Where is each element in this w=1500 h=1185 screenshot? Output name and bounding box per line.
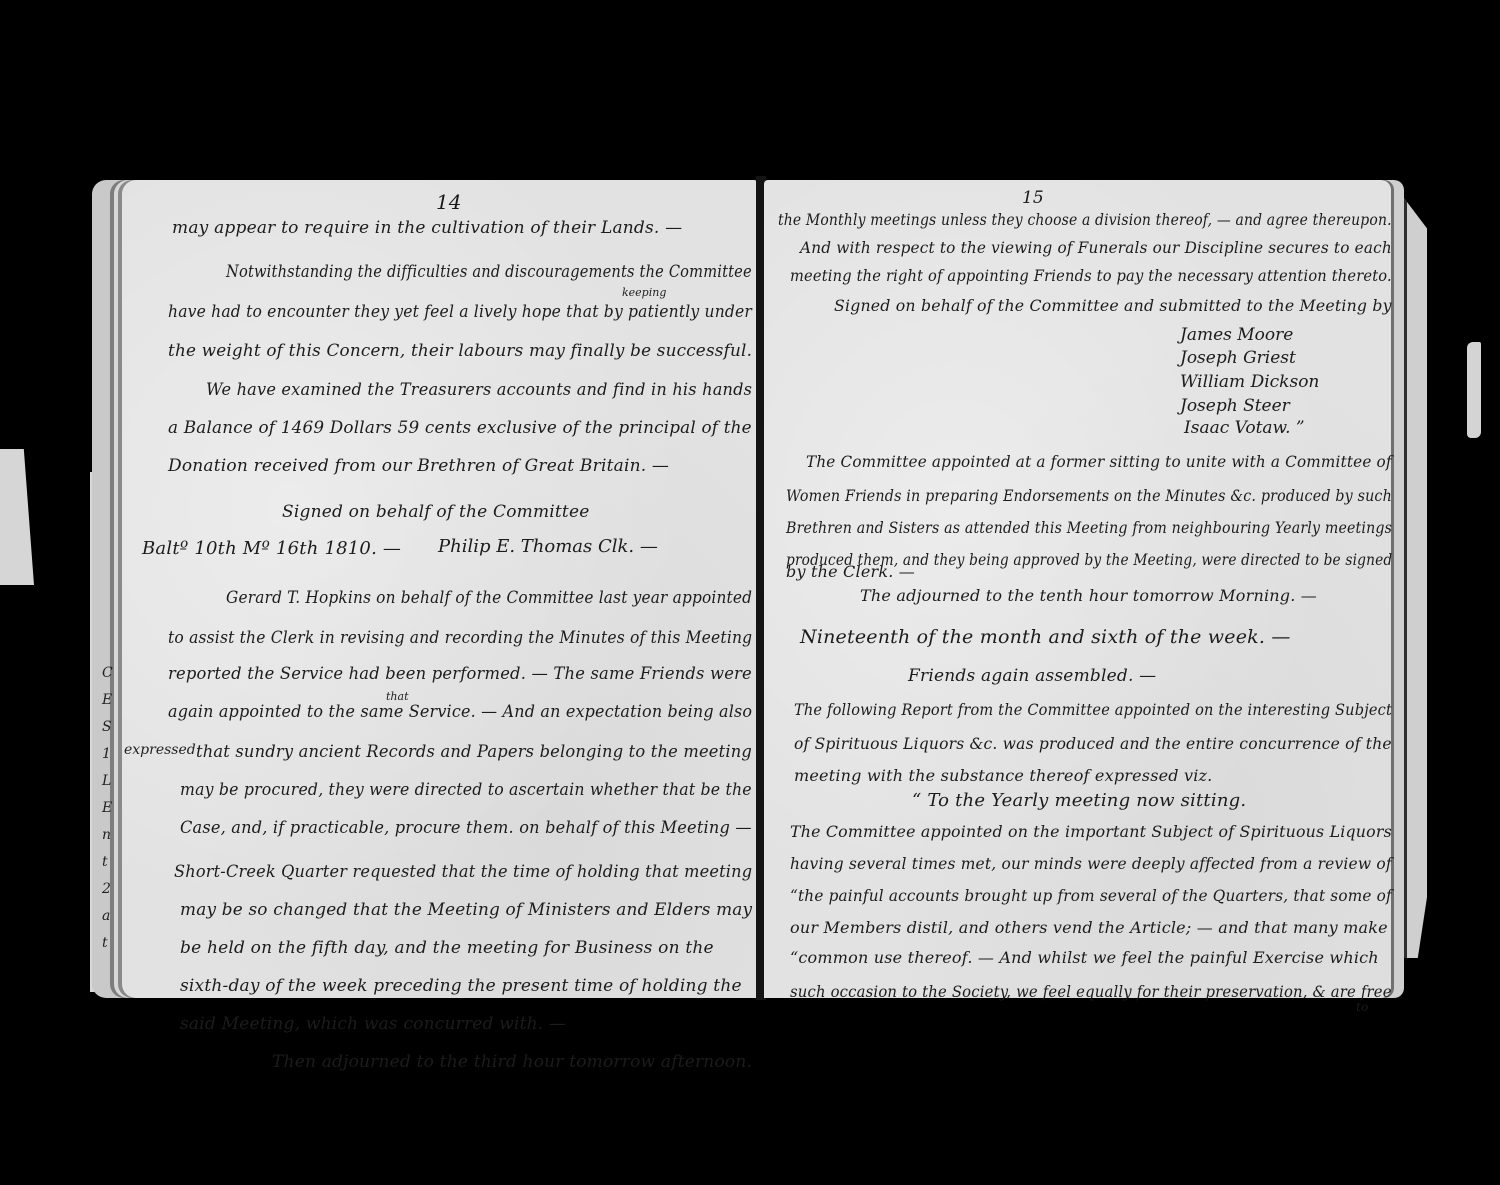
right-line-report: The following Report from the Committee …	[794, 700, 1392, 719]
signatory-william-dickson: William Dickson	[1180, 372, 1319, 392]
signatory-joseph-steer: Joseph Steer	[1180, 396, 1290, 416]
edge-char: t	[102, 930, 116, 957]
edge-char: 1	[102, 741, 116, 768]
left-line-7: Donation received from our Brethren of G…	[168, 456, 669, 476]
left-edge-margin-characters: C E S 1 L E n t 2 a t	[102, 660, 116, 957]
left-line-short-creek: Short-Creek Quarter requested that the t…	[174, 862, 752, 882]
right-signed-on-behalf: Signed on behalf of the Committee and su…	[834, 296, 1392, 315]
right-catchword: to	[1356, 1000, 1368, 1014]
left-line-19: may be so changed that the Meeting of Mi…	[180, 900, 752, 920]
edge-char: a	[102, 903, 116, 930]
right-page-edge-stack	[1404, 198, 1427, 958]
left-line-21: sixth-day of the week preceding the pres…	[180, 976, 742, 996]
left-line-4: the weight of this Concern, their labour…	[168, 341, 752, 361]
edge-char: 2	[102, 876, 116, 903]
right-line-3: meeting the right of appointing Friends …	[790, 266, 1392, 285]
left-line-1: may appear to require in the cultivation…	[172, 218, 682, 238]
left-line-14: again appointed to the same Service. — A…	[168, 702, 752, 722]
left-line-6-balance: a Balance of 1469 Dollars 59 cents exclu…	[168, 418, 752, 438]
left-line-5: We have examined the Treasurers accounts…	[206, 380, 752, 400]
left-line-3: have had to encounter they yet feel a li…	[168, 302, 752, 322]
right-line-1: the Monthly meetings unless they choose …	[778, 210, 1392, 229]
insertion-keeping: keeping	[622, 286, 666, 299]
right-line-21: “common use thereof. — And whilst we fee…	[790, 948, 1379, 967]
signatory-isaac-votaw: Isaac Votaw. ”	[1184, 418, 1305, 438]
left-line-22: said Meeting, which was concurred with. …	[180, 1014, 566, 1034]
left-line-hopkins: Gerard T. Hopkins on behalf of the Commi…	[226, 588, 752, 608]
left-line-17: Case, and, if practicable, procure them.…	[180, 818, 752, 838]
paper-scrap-left	[0, 449, 34, 585]
right-line-15: meeting with the substance thereof expre…	[794, 766, 1212, 785]
edge-char: E	[102, 687, 116, 714]
right-line-to-yearly-meeting: “ To the Yearly meeting now sitting.	[912, 790, 1246, 811]
margin-insertion-expressed: expressed	[124, 742, 196, 758]
edge-char: n	[102, 822, 116, 849]
left-clerk-signature: Philip E. Thomas Clk. —	[438, 536, 658, 557]
left-date-line: Baltº 10th Mº 16th 1810. —	[142, 538, 401, 559]
left-line-2: Notwithstanding the difficulties and dis…	[226, 262, 752, 282]
edge-char: L	[102, 768, 116, 795]
left-signed-on-behalf: Signed on behalf of the Committee	[282, 502, 590, 522]
right-line-14: of Spirituous Liquors &c. was produced a…	[794, 734, 1392, 753]
right-page-number: 15	[1022, 188, 1044, 208]
right-line-7: Brethren and Sisters as attended this Me…	[786, 518, 1392, 537]
paper-scrap-right	[1467, 342, 1481, 438]
right-line-2: And with respect to the viewing of Funer…	[800, 238, 1392, 257]
signatory-james-moore: James Moore	[1180, 325, 1293, 345]
right-line-18: having several times met, our minds were…	[790, 854, 1392, 873]
left-line-adjourned: Then adjourned to the third hour tomorro…	[272, 1052, 752, 1072]
signatory-joseph-griest: Joseph Griest	[1180, 348, 1296, 368]
left-line-20: be held on the fifth day, and the meetin…	[180, 938, 714, 958]
right-line-nineteenth: Nineteenth of the month and sixth of the…	[800, 626, 1291, 648]
left-page-number: 14	[436, 190, 461, 214]
right-line-6: Women Friends in preparing Endorsements …	[786, 486, 1392, 505]
right-line-20: our Members distil, and others vend the …	[790, 918, 1388, 937]
right-line-22: such occasion to the Society, we feel eq…	[790, 982, 1392, 1001]
edge-char: t	[102, 849, 116, 876]
edge-char: E	[102, 795, 116, 822]
right-line-friends-assembled: Friends again assembled. —	[908, 666, 1156, 686]
left-line-13: reported the Service had been performed.…	[168, 664, 752, 684]
left-line-12: to assist the Clerk in revising and reco…	[168, 628, 752, 648]
edge-char: S	[102, 714, 116, 741]
right-line-committee-spirituous: The Committee appointed on the important…	[790, 822, 1392, 841]
left-line-15: that sundry ancient Records and Papers b…	[196, 742, 752, 762]
left-line-16: may be procured, they were directed to a…	[180, 780, 752, 800]
right-line-committee-women: The Committee appointed at a former sitt…	[806, 452, 1392, 471]
right-line-19: “the painful accounts brought up from se…	[790, 886, 1392, 905]
right-line-9: by the Clerk. —	[786, 562, 915, 581]
right-line-adjourned: The adjourned to the tenth hour tomorrow…	[860, 586, 1317, 605]
edge-char: C	[102, 660, 116, 687]
